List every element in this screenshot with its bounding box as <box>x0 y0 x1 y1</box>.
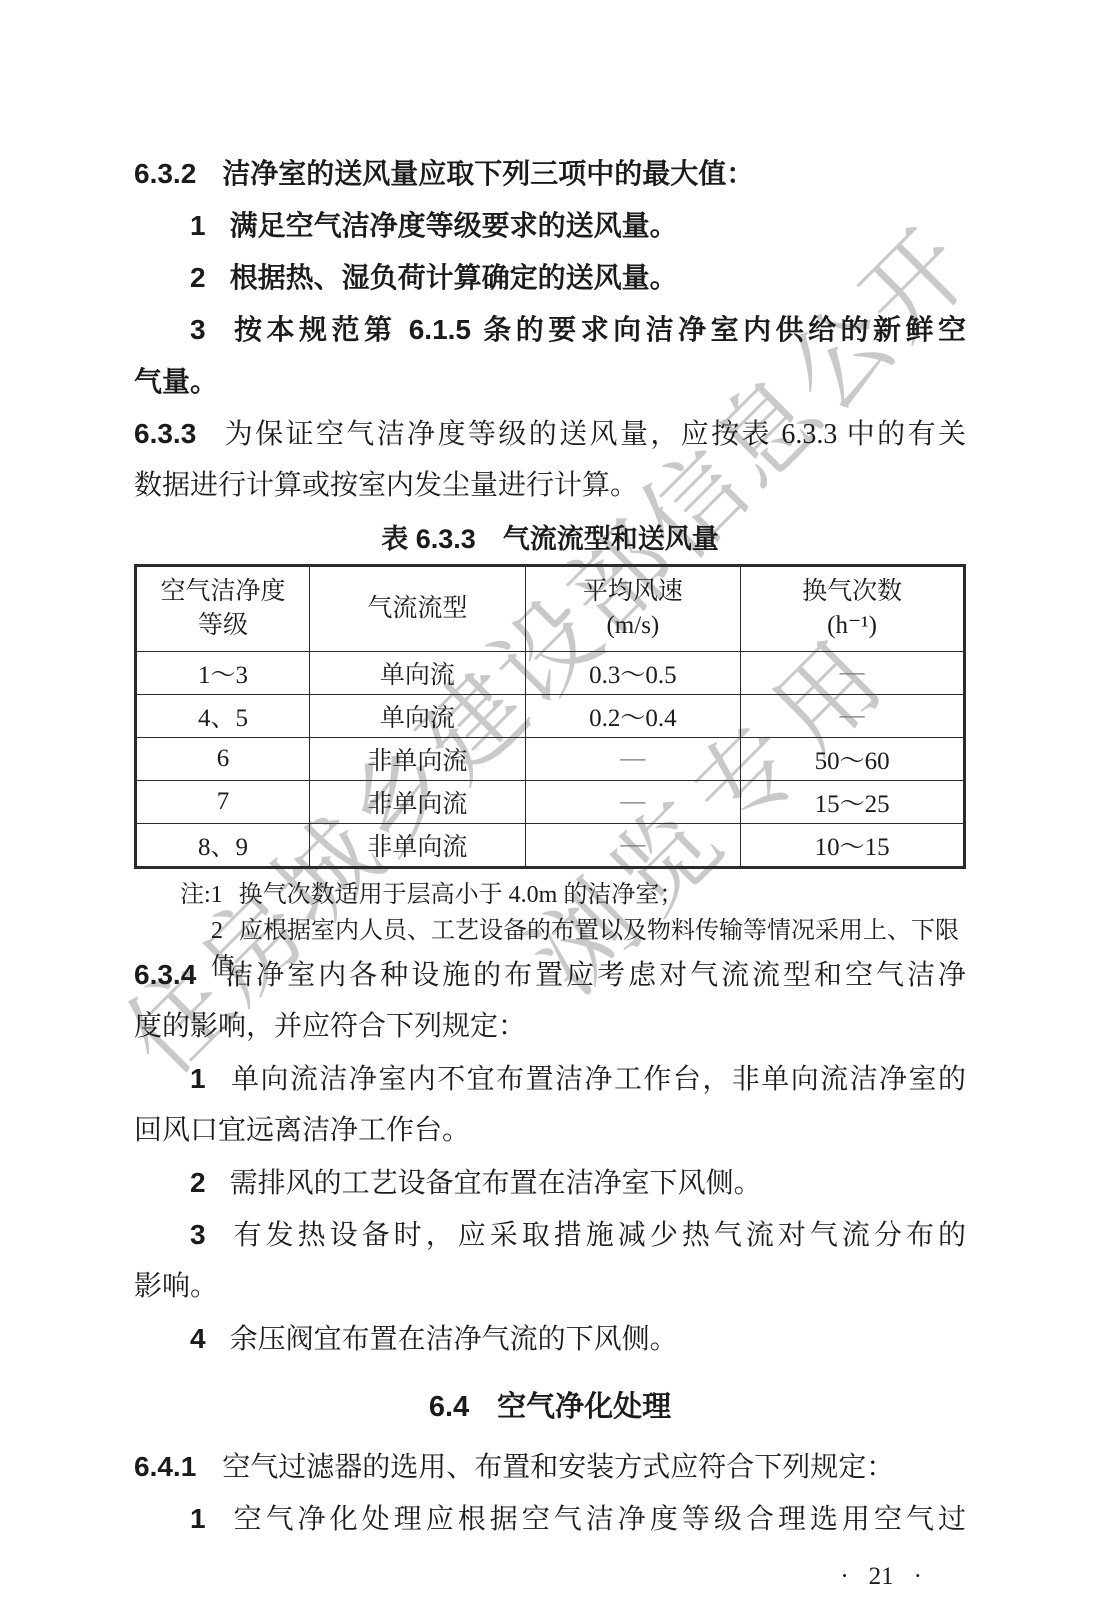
item-number: 3 <box>190 1209 206 1261</box>
cell-class: 4、5 <box>136 695 310 738</box>
clause-6-3-3-line-2: 数据进行计算或按室内发尘量进行计算。 <box>134 460 966 512</box>
item-number: 3 <box>190 304 206 356</box>
cell-air-changes: — <box>741 695 965 738</box>
cell-class: 6 <box>136 738 310 781</box>
page-content: 6.3.2洁净室的送风量应取下列三项中的最大值： 1满足空气洁净度等级要求的送风… <box>134 148 966 1597</box>
clause-6-3-2-item-3-line-2: 气量。 <box>134 356 966 408</box>
table-note-2: 2应根据室内人员、工艺设备的布置以及物料传输等情况采用上、下限值。 <box>134 913 966 949</box>
table-title: 表 6.3.3 气流流型和送风量 <box>134 514 966 564</box>
cell-class: 7 <box>136 781 310 824</box>
clause-6-3-3-line-1: 6.3.3为保证空气洁净度等级的送风量，应按表 6.3.3 中的有关 <box>134 408 966 460</box>
item-text: 有发热设备时，应采取措施减少热气流对气流分布的 <box>230 1220 966 1251</box>
clause-6-3-2-item-3-line-1: 3按本规范第 6.1.5 条的要求向洁净室内供给的新鲜空 <box>134 304 966 356</box>
header-line: 换气次数 <box>741 575 963 609</box>
clause-6-3-2-number: 6.3.2 <box>134 148 196 200</box>
header-line: (h⁻¹) <box>741 609 963 643</box>
table-header-row: 空气洁净度 等级 气流流型 平均风速 (m/s) 换气次数 (h⁻¹) <box>136 566 965 652</box>
clause-6-3-4-line-2: 度的影响，并应符合下列规定： <box>134 1001 966 1053</box>
clause-6-4-1-item-1: 1空气净化处理应根据空气洁净度等级合理选用空气过 <box>134 1493 966 1545</box>
item-text: 满足空气洁净度等级要求的送风量。 <box>230 210 678 241</box>
header-average-velocity: 平均风速 (m/s) <box>525 566 741 652</box>
item-text: 需排风的工艺设备宜布置在洁净室下风侧。 <box>230 1168 762 1199</box>
header-line: 空气洁净度 <box>137 575 309 609</box>
item-number: 1 <box>190 200 206 252</box>
note-text: 换气次数适用于层高小于 4.0m 的洁净室； <box>239 882 684 908</box>
cell-pattern: 非单向流 <box>310 738 526 781</box>
header-air-changes: 换气次数 (h⁻¹) <box>741 566 965 652</box>
document-page: 住房城乡建设部信息公开 浏览专用 6.3.2洁净室的送风量应取下列三项中的最大值… <box>0 0 1099 1598</box>
page-footer: ·21· <box>134 1557 966 1597</box>
item-text: 余压阀宜布置在洁净气流的下风侧。 <box>230 1324 678 1355</box>
clause-6-3-2-heading: 6.3.2洁净室的送风量应取下列三项中的最大值： <box>134 148 966 200</box>
clause-6-3-2-item-2: 2根据热、湿负荷计算确定的送风量。 <box>134 252 966 304</box>
note-number: 2 <box>211 913 223 949</box>
cell-velocity: 0.2～0.4 <box>525 695 741 738</box>
clause-6-3-2-text: 洁净室的送风量应取下列三项中的最大值： <box>222 158 754 189</box>
clause-6-3-3-text: 数据进行计算或按室内发尘量进行计算。 <box>134 470 638 501</box>
footer-dot-right: · <box>914 1557 922 1597</box>
header-line: 等级 <box>137 609 309 643</box>
clause-6-4-1-heading: 6.4.1空气过滤器的选用、布置和安装方式应符合下列规定： <box>134 1441 966 1493</box>
cell-air-changes: 50～60 <box>741 738 965 781</box>
header-line: 气流流型 <box>310 592 525 626</box>
cell-class: 1～3 <box>136 652 310 695</box>
clause-6-3-4-item-1-line-1: 1单向流洁净室内不宜布置洁净工作台，非单向流洁净室的 <box>134 1053 966 1105</box>
table-notes: 注:1换气次数适用于层高小于 4.0m 的洁净室； 2应根据室内人员、工艺设备的… <box>134 877 966 949</box>
clause-6-3-2-item-1: 1满足空气洁净度等级要求的送风量。 <box>134 200 966 252</box>
table-note-1: 注:1换气次数适用于层高小于 4.0m 的洁净室； <box>134 877 966 913</box>
table-row: 8、9 非单向流 — 10～15 <box>136 824 965 868</box>
cell-velocity: — <box>525 738 741 781</box>
table-row: 4、5 单向流 0.2～0.4 — <box>136 695 965 738</box>
cell-air-changes: 10～15 <box>741 824 965 868</box>
item-number: 2 <box>190 252 206 304</box>
clause-6-3-4-item-1-line-2: 回风口宜远离洁净工作台。 <box>134 1105 966 1157</box>
header-cleanliness-class: 空气洁净度 等级 <box>136 566 310 652</box>
item-number: 2 <box>190 1157 206 1209</box>
note-label: 注:1 <box>180 877 223 913</box>
clause-6-3-4-number: 6.3.4 <box>134 949 196 1001</box>
clause-6-3-4-text: 洁净室内各种设施的布置应考虑对气流流型和空气洁净 <box>222 960 966 991</box>
cell-velocity: 0.3～0.5 <box>525 652 741 695</box>
item-text: 空气净化处理应根据空气洁净度等级合理选用空气过 <box>230 1504 966 1535</box>
item-number: 4 <box>190 1313 206 1365</box>
cell-pattern: 单向流 <box>310 695 526 738</box>
footer-dot-left: · <box>840 1557 848 1597</box>
item-text: 回风口宜远离洁净工作台。 <box>134 1115 470 1146</box>
cell-velocity: — <box>525 781 741 824</box>
item-text: 按本规范第 6.1.5 条的要求向洁净室内供给的新鲜空 <box>230 314 966 345</box>
table-row: 7 非单向流 — 15～25 <box>136 781 965 824</box>
cell-pattern: 非单向流 <box>310 824 526 868</box>
clause-6-3-4-item-3-line-1: 3有发热设备时，应采取措施减少热气流对气流分布的 <box>134 1209 966 1261</box>
cell-air-changes: 15～25 <box>741 781 965 824</box>
clause-6-3-3-text: 为保证空气洁净度等级的送风量，应按表 6.3.3 中的有关 <box>222 419 966 450</box>
item-text: 根据热、湿负荷计算确定的送风量。 <box>230 262 678 293</box>
section-title: 空气净化处理 <box>497 1391 671 1423</box>
clause-6-3-3-number: 6.3.3 <box>134 408 196 460</box>
cell-air-changes: — <box>741 652 965 695</box>
cell-velocity: — <box>525 824 741 868</box>
item-number: 1 <box>190 1493 206 1545</box>
page-number: 21 <box>869 1557 894 1597</box>
item-text: 单向流洁净室内不宜布置洁净工作台，非单向流洁净室的 <box>230 1064 966 1095</box>
table-row: 6 非单向流 — 50～60 <box>136 738 965 781</box>
clause-6-3-4-item-3-line-2: 影响。 <box>134 1261 966 1313</box>
table-row: 1～3 单向流 0.3～0.5 — <box>136 652 965 695</box>
clause-6-3-4-line-1: 6.3.4洁净室内各种设施的布置应考虑对气流流型和空气洁净 <box>134 949 966 1001</box>
header-line: (m/s) <box>526 609 741 643</box>
item-number: 1 <box>190 1053 206 1105</box>
cell-pattern: 单向流 <box>310 652 526 695</box>
header-airflow-pattern: 气流流型 <box>310 566 526 652</box>
clause-6-4-1-text: 空气过滤器的选用、布置和安装方式应符合下列规定： <box>222 1452 894 1483</box>
item-text: 影响。 <box>134 1271 218 1302</box>
clause-6-4-1-number: 6.4.1 <box>134 1441 196 1493</box>
clause-6-3-4-item-2: 2需排风的工艺设备宜布置在洁净室下风侧。 <box>134 1157 966 1209</box>
section-number: 6.4 <box>429 1381 469 1433</box>
item-text: 气量。 <box>134 366 218 397</box>
section-6-4-heading: 6.4空气净化处理 <box>134 1381 966 1433</box>
header-line: 平均风速 <box>526 575 741 609</box>
airflow-table: 空气洁净度 等级 气流流型 平均风速 (m/s) 换气次数 (h⁻¹) <box>134 564 966 869</box>
clause-6-3-4-text: 度的影响，并应符合下列规定： <box>134 1011 526 1042</box>
cell-class: 8、9 <box>136 824 310 868</box>
cell-pattern: 非单向流 <box>310 781 526 824</box>
clause-6-3-4-item-4: 4余压阀宜布置在洁净气流的下风侧。 <box>134 1313 966 1365</box>
